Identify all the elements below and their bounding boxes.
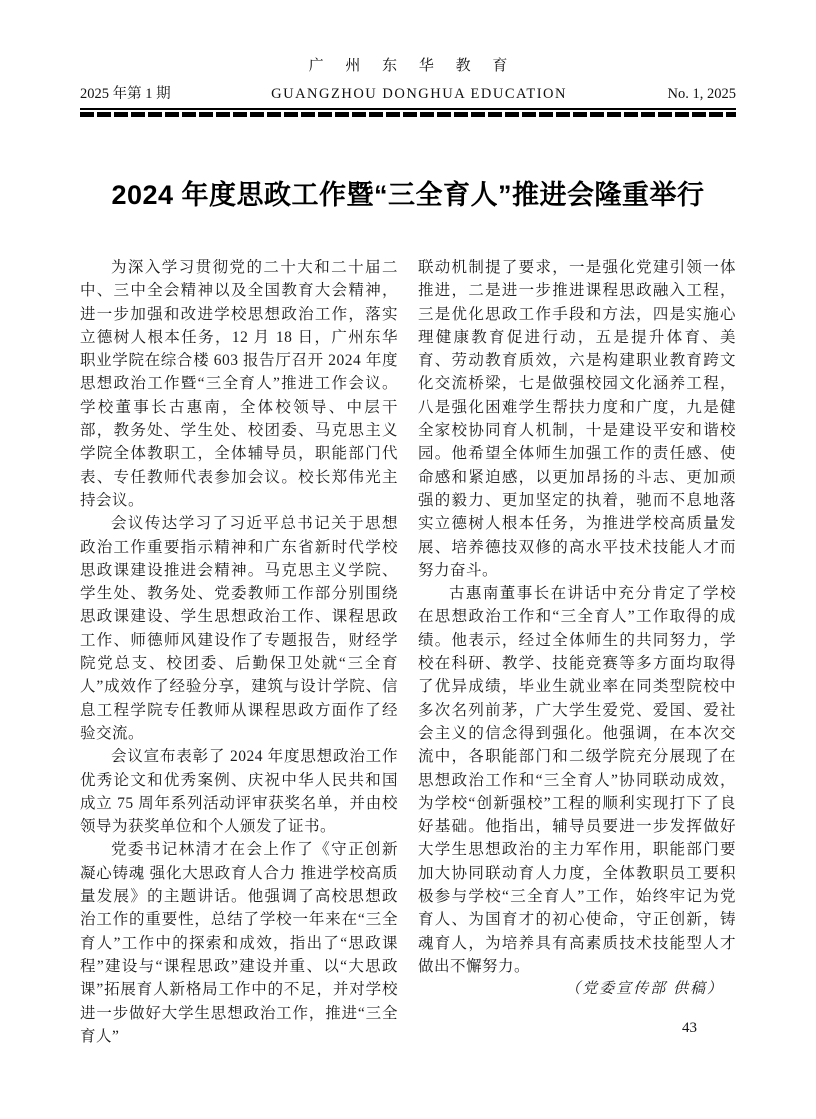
body-paragraph: 古惠南董事长在讲话中充分肯定了学校在思想政治工作和“三全育人”工作取得的成绩。他… [418,582,736,978]
body-paragraph: 会议宣布表彰了 2024 年度思想政治工作优秀论文和优秀案例、庆祝中华人民共和国… [80,745,398,838]
journal-title-chinese: 广 州 东 华 教 育 [80,0,736,75]
header-rule-dashed [80,112,736,117]
article-body: 为深入学习贯彻党的二十大和二十届二中、三中全会精神以及全国教育大会精神，进一步加… [80,256,736,1048]
body-paragraph: 党委书记林清才在会上作了《守正创新 凝心铸魂 强化大思政育人合力 推进学校高质量… [80,838,398,1048]
journal-page: 广 州 东 华 教 育 2025 年第 1 期 GUANGZHOU DONGHU… [0,0,816,1119]
page-number: 43 [682,1020,697,1037]
right-column: 联动机制提了要求，一是强化党建引领一体推进，二是进一步推进课程思政融入工程，三是… [418,256,736,1048]
credit-line: （党委宣传部 供稿） [418,978,736,1001]
issue-label-english: No. 1, 2025 [668,86,736,103]
body-paragraph: 会议传达学习了习近平总书记关于思想政治工作重要指示精神和广东省新时代学校思政课建… [80,512,398,745]
issue-label-chinese: 2025 年第 1 期 [80,82,171,103]
right-column-paragraphs: 联动机制提了要求，一是强化党建引领一体推进，二是进一步推进课程思政融入工程，三是… [418,256,736,978]
page-content: 广 州 东 华 教 育 2025 年第 1 期 GUANGZHOU DONGHU… [80,0,736,1048]
article-title: 2024 年度思政工作暨“三全育人”推进会隆重举行 [80,173,736,212]
header-rule-thin [80,108,736,110]
body-paragraph: 联动机制提了要求，一是强化党建引领一体推进，二是进一步推进课程思政融入工程，三是… [418,256,736,582]
left-column: 为深入学习贯彻党的二十大和二十届二中、三中全会精神以及全国教育大会精神，进一步加… [80,256,398,1048]
body-paragraph: 为深入学习贯彻党的二十大和二十届二中、三中全会精神以及全国教育大会精神，进一步加… [80,256,398,512]
journal-header-row: 2025 年第 1 期 GUANGZHOU DONGHUA EDUCATION … [80,82,736,103]
journal-title-english: GUANGZHOU DONGHUA EDUCATION [271,86,567,103]
